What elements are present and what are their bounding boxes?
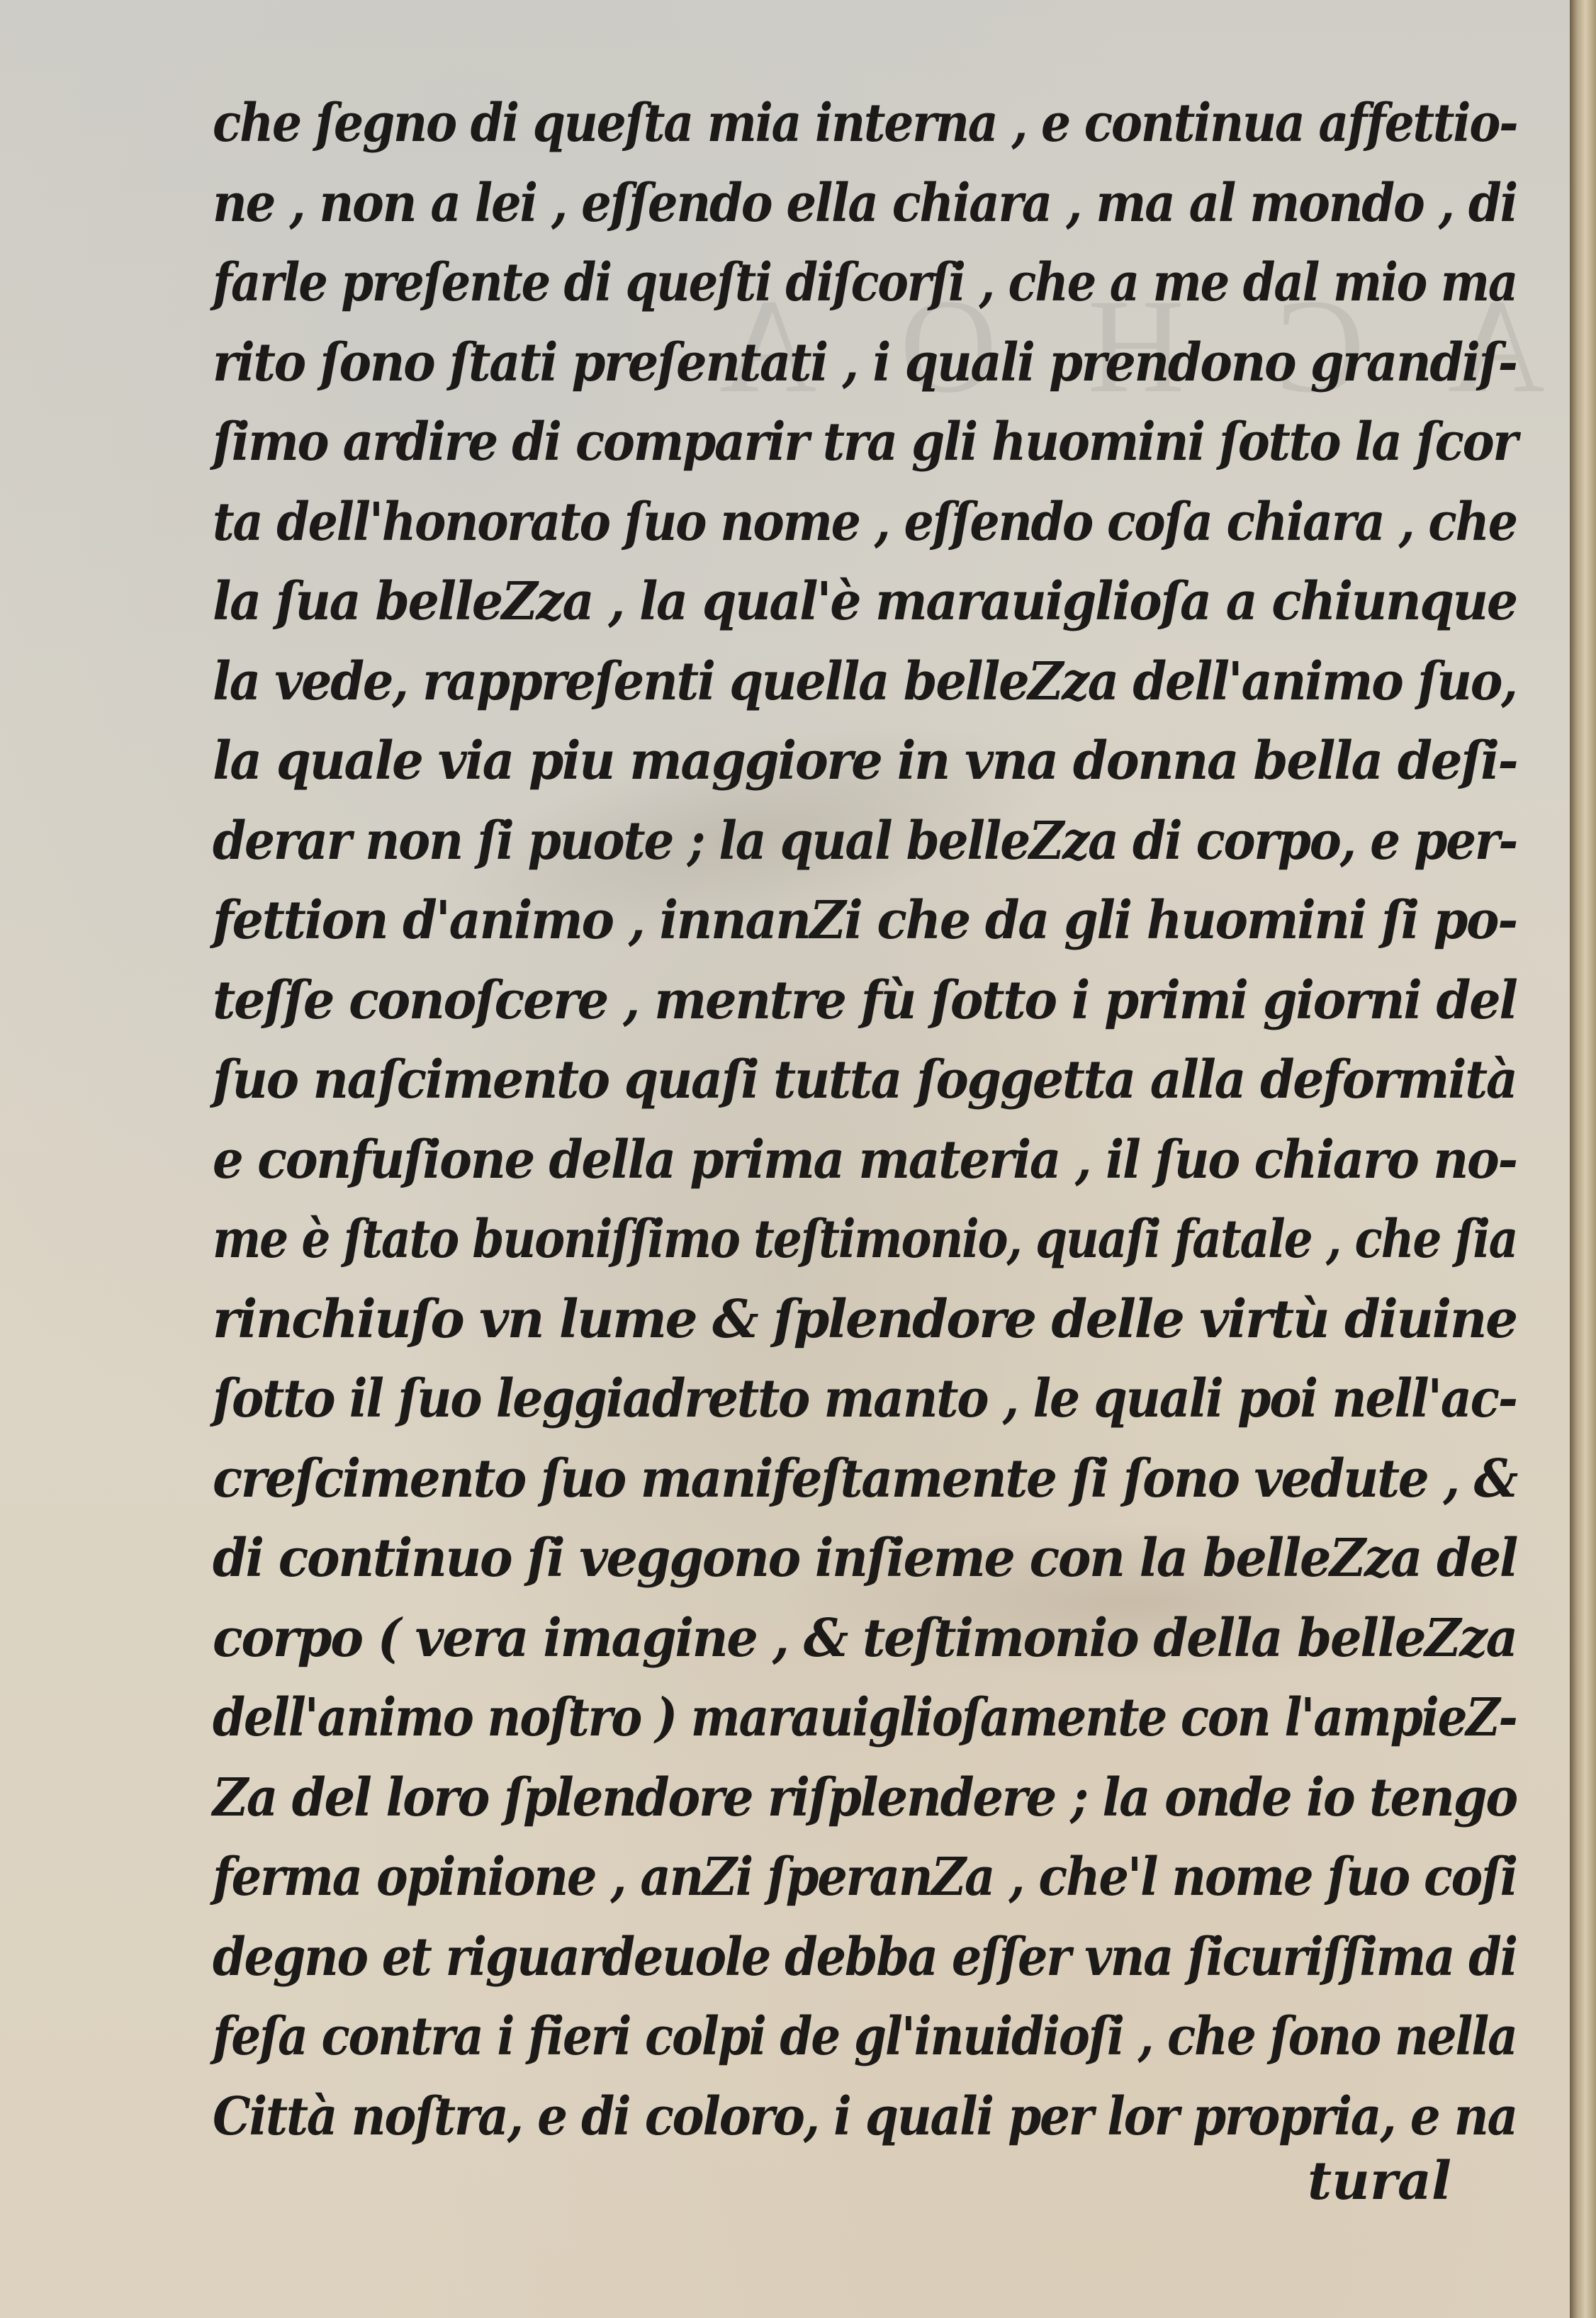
text-line: Città noſtra, e di coloro, i quali per l… [213, 2077, 1416, 2157]
text-line: teſſe conoſcere , mentre fù ſotto i prim… [213, 961, 1461, 1041]
text-line: rinchiuſo vn lume & ſplendore delle virt… [213, 1280, 1505, 1360]
text-line: feſa contra i fieri colpi de gl'inuidioſ… [213, 1997, 1390, 2077]
text-line: ferma opinione , anZi ſperanZa , che'l n… [213, 1838, 1407, 1918]
text-line: dell'animo noſtro ) marauiglioſamente co… [213, 1678, 1390, 1758]
text-line: rito ſono ſtati preſentati , i quali pre… [213, 323, 1430, 403]
catchword: tural [1308, 2151, 1451, 2212]
body-text: che ſegno di queſta mia interna , e cont… [213, 84, 1531, 2156]
text-line: la ſua belleZza , la qual'è marauiglioſa… [213, 562, 1454, 642]
text-line: ſotto il ſuo leggiadretto manto , le qua… [213, 1359, 1424, 1439]
text-line: degno et riguardeuole debba eſſer vna ſi… [213, 1918, 1403, 1998]
text-line: ſuo naſcimento quaſi tutta ſoggetta alla… [213, 1040, 1450, 1120]
text-line: e confuſione della prima materia , il ſu… [213, 1120, 1439, 1200]
text-line: che ſegno di queſta mia interna , e cont… [213, 84, 1393, 164]
book-page: A C H O A che ſegno di queſta mia intern… [0, 0, 1570, 2318]
text-line: corpo ( vera imagine , & teſtimonio dell… [213, 1599, 1463, 1679]
text-line: ne , non a lei , eſſendo ella chiara , m… [213, 164, 1410, 244]
text-line: farle preſente di queſti diſcorſi , che … [213, 243, 1380, 323]
page-edge [1570, 0, 1596, 2318]
text-line: Za del loro ſplendore riſplendere ; la o… [213, 1758, 1437, 1838]
text-line: ſimo ardire di comparir tra gli huomini … [213, 403, 1417, 483]
text-line: derar non ſi puote ; la qual belleZza di… [213, 801, 1417, 882]
text-line: fettion d'animo , innanZi che da gli huo… [213, 881, 1456, 961]
text-line: la vede, rappreſenti quella belleZza del… [213, 642, 1434, 722]
text-line: me è ſtato buoniſſimo teſtimonio, quaſi … [213, 1200, 1364, 1280]
text-line: ta dell'honorato ſuo nome , eſſendo coſa… [213, 483, 1398, 563]
text-line: la quale via piu maggiore in vna donna b… [213, 721, 1468, 801]
text-line: creſcimento ſuo manifeſtamente ſi ſono v… [213, 1439, 1446, 1519]
text-line: di continuo ſi veggono inſieme con la be… [213, 1519, 1459, 1599]
